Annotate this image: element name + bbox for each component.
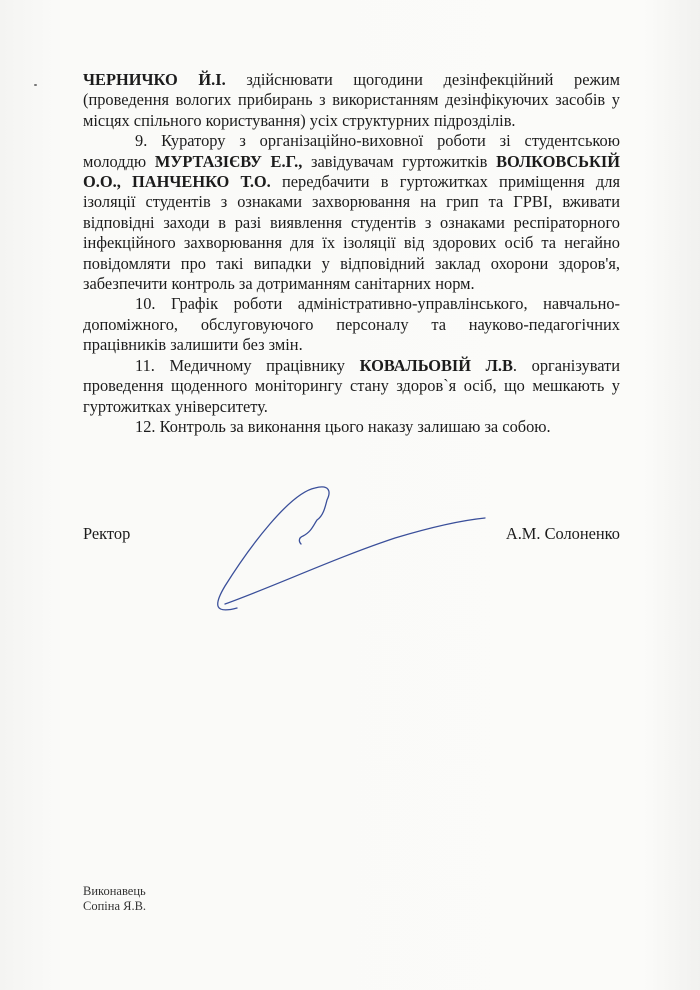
executor-note: Виконавець Сопіна Я.В. [83,884,146,914]
paragraph-10: 10. Графік роботи адміністративно-управл… [83,294,620,355]
document-body: ЧЕРНИЧКО Й.І. здійснювати щогодини дезін… [83,70,620,437]
executor-label: Виконавець [83,884,146,899]
handwritten-signature-icon [195,478,495,613]
paragraph-text: 10. Графік роботи адміністративно-управл… [83,294,620,354]
person-name: МУРТАЗІЄВУ Е.Г., [155,152,303,171]
paragraph-text: 11. Медичному працівнику [135,356,360,375]
paragraph-11: 11. Медичному працівнику КОВАЛЬОВІЙ Л.В.… [83,356,620,417]
paragraph-8-continuation: ЧЕРНИЧКО Й.І. здійснювати щогодини дезін… [83,70,620,131]
person-name: КОВАЛЬОВІЙ Л.В [360,356,513,375]
person-name: ЧЕРНИЧКО Й.І. [83,70,226,89]
paragraph-12: 12. Контроль за виконання цього наказу з… [83,417,620,437]
scan-artifact [34,84,37,86]
signer-position: Ректор [83,524,130,544]
document-page: ЧЕРНИЧКО Й.І. здійснювати щогодини дезін… [0,0,700,990]
paragraph-text: завідувачам гуртожитків [302,152,496,171]
paragraph-text: 12. Контроль за виконання цього наказу з… [135,417,551,436]
executor-name: Сопіна Я.В. [83,899,146,914]
paragraph-9: 9. Куратору з організаційно-виховної роб… [83,131,620,294]
signer-name: А.М. Солоненко [506,524,620,544]
